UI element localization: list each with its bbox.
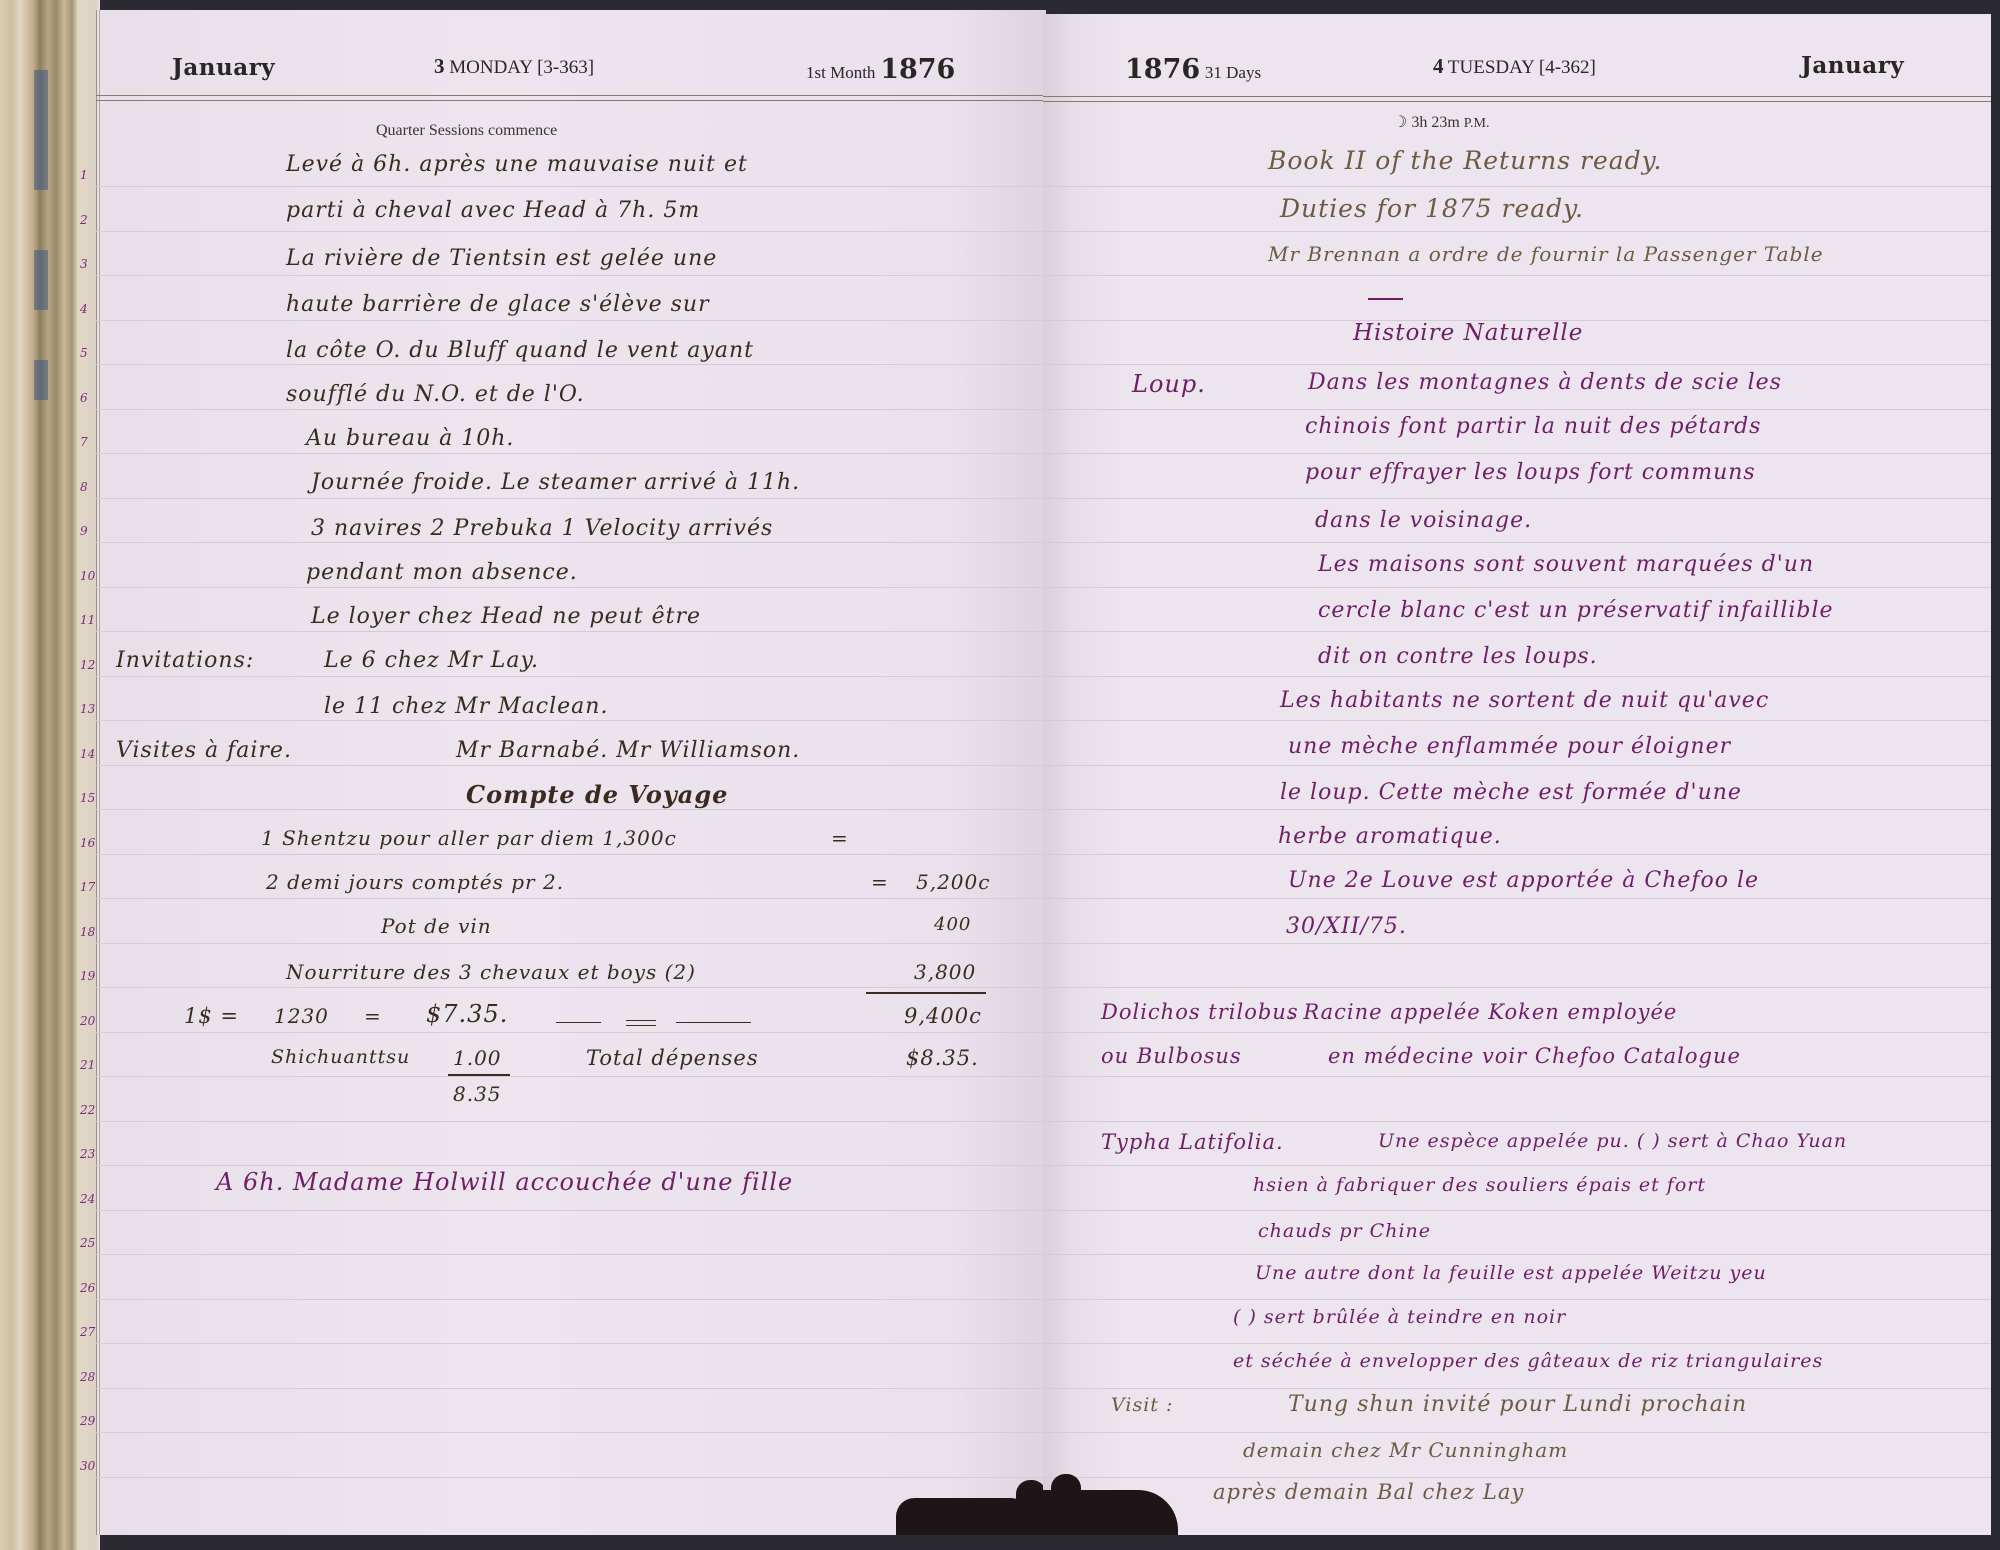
ruled-line <box>96 1121 1046 1122</box>
entry-line: Duties for 1875 ready. <box>1280 194 1584 223</box>
entry-line: La rivière de Tientsin est gelée une <box>286 246 717 271</box>
line-number: 20 <box>80 1014 95 1028</box>
loup-line: le loup. Cette mèche est formée d'une <box>1280 780 1742 805</box>
line-number: 29 <box>80 1414 95 1428</box>
ruled-line <box>1043 1343 1991 1344</box>
line-number: 17 <box>80 880 95 894</box>
day-heading: 3 MONDAY [3-363] <box>434 54 594 79</box>
line-number: 12 <box>80 658 95 672</box>
entry-line: Le loyer chez Head ne peut être <box>311 604 701 629</box>
ruled-line <box>96 275 1046 276</box>
ruled-line <box>96 898 1046 899</box>
sum-underline <box>866 992 986 994</box>
entry-line: Le 6 chez Mr Lay. <box>324 648 539 673</box>
month-label: January <box>1801 52 1904 79</box>
loup-line: 30/XII/75. <box>1286 914 1407 939</box>
line-number: 24 <box>80 1192 95 1206</box>
leader-dash <box>556 1022 601 1023</box>
month-year: 1st Month 1876 <box>806 54 955 85</box>
ruled-line <box>96 1299 1046 1300</box>
stain-mark <box>34 70 48 190</box>
ruled-line <box>1043 1432 1991 1433</box>
ruled-line <box>1043 453 1991 454</box>
margin-line <box>99 10 100 1535</box>
ruled-line <box>1043 231 1991 232</box>
loup-line: une mèche enflammée pour éloigner <box>1288 734 1731 759</box>
account-row-amount: 400 <box>934 914 971 935</box>
ruled-line <box>96 720 1046 721</box>
ruled-line <box>96 1254 1046 1255</box>
ink-stain <box>1051 1474 1081 1535</box>
ruled-line <box>1043 364 1991 365</box>
accounts-title: Compte de Voyage <box>466 780 728 809</box>
ruled-line <box>96 987 1046 988</box>
margin-line <box>96 10 97 1535</box>
typha-line: ( ) sert brûlée à teindre en noir <box>1233 1306 1566 1328</box>
exchange-rate: 1230 <box>274 1004 329 1028</box>
ruled-line <box>1043 498 1991 499</box>
extra-underline <box>448 1074 510 1076</box>
line-number: 16 <box>80 836 95 850</box>
line-number: 1 <box>80 168 88 182</box>
leader-dash <box>676 1022 751 1023</box>
moon-icon-time: ☽ 3h 23m <box>1393 114 1460 131</box>
line-number: 2 <box>80 213 88 227</box>
ruled-line <box>1043 275 1991 276</box>
typha-label: Typha Latifolia. <box>1101 1130 1284 1154</box>
day-heading: 4 TUESDAY [4-362] <box>1433 54 1596 79</box>
entry-line: haute barrière de glace s'élève sur <box>286 292 710 317</box>
line-number: 19 <box>80 969 95 983</box>
extra-value: 1.00 <box>453 1046 502 1070</box>
loup-label: Loup. <box>1132 370 1206 398</box>
ruled-line <box>96 854 1046 855</box>
ruled-line <box>1043 186 1991 187</box>
month-ordinal: 1st Month <box>806 63 875 82</box>
ruled-line <box>96 231 1046 232</box>
ruled-line <box>96 409 1046 410</box>
visit-label: Visit : <box>1111 1394 1173 1416</box>
ruled-line <box>1043 631 1991 632</box>
loup-line: pour effrayer les loups fort communs <box>1305 460 1756 485</box>
ruled-line <box>96 453 1046 454</box>
year: 1876 <box>1125 54 1200 85</box>
header-rule <box>1043 101 1991 102</box>
stain-mark <box>34 250 48 310</box>
ruled-line <box>1043 720 1991 721</box>
loup-line: dit on contre les loups. <box>1318 644 1598 669</box>
subheading: Quarter Sessions commence <box>376 122 557 140</box>
day-number: 4 <box>1433 54 1444 78</box>
line-number: 11 <box>80 613 95 627</box>
total-label: Total dépenses <box>586 1046 759 1070</box>
ruled-line <box>96 809 1046 810</box>
days-count: 31 Days <box>1205 63 1261 82</box>
entry-line: le 11 chez Mr Maclean. <box>324 694 608 719</box>
exchange-eq: = <box>364 1004 382 1028</box>
year-days: 1876 31 Days <box>1125 54 1261 85</box>
ruled-line <box>96 1477 1046 1478</box>
ruled-line <box>96 186 1046 187</box>
entry-line: 3 navires 2 Prebuka 1 Velocity arrivés <box>311 516 773 541</box>
line-number: 4 <box>80 302 88 316</box>
ruled-line <box>1043 943 1991 944</box>
typha-line: et séchée à envelopper des gâteaux de ri… <box>1233 1350 1823 1372</box>
entry-line: Journée froide. Le steamer arrivé à 11h. <box>311 470 800 495</box>
account-row-sign: = <box>871 870 889 894</box>
day-of-year: [4-362] <box>1539 57 1596 78</box>
ruled-line <box>1043 542 1991 543</box>
ruled-line <box>1043 676 1991 677</box>
line-number: 18 <box>80 925 95 939</box>
stain-mark <box>34 360 48 400</box>
visit-line: après demain Bal chez Lay <box>1213 1480 1524 1504</box>
year: 1876 <box>880 54 955 85</box>
ruled-line <box>1043 1210 1991 1211</box>
ruled-line <box>96 498 1046 499</box>
ruled-line <box>96 1388 1046 1389</box>
line-number: 22 <box>80 1103 95 1117</box>
left-page: January 3 MONDAY [3-363] 1st Month 1876 … <box>96 10 1046 1535</box>
ruled-line <box>1043 1254 1991 1255</box>
loup-line: herbe aromatique. <box>1278 824 1502 849</box>
separator-dash <box>1368 298 1403 300</box>
day-number: 3 <box>434 54 445 78</box>
ruled-line <box>1043 1032 1991 1033</box>
loup-line: Dans les montagnes à dents de scie les <box>1308 370 1782 395</box>
loup-line: cercle blanc c'est un préservatif infail… <box>1318 598 1834 623</box>
dolichos-line: . Racine appelée Koken employée <box>1288 1000 1677 1024</box>
entry-line: la côte O. du Bluff quand le vent ayant <box>286 338 754 363</box>
line-number: 15 <box>80 791 95 805</box>
day-of-year: [3-363] <box>537 57 594 78</box>
typha-line: Une espèce appelée pu. ( ) sert à Chao Y… <box>1378 1130 1847 1152</box>
typha-line: Une autre dont la feuille est appelée We… <box>1255 1262 1767 1284</box>
ruled-line <box>96 943 1046 944</box>
loup-line: Les maisons sont souvent marquées d'un <box>1318 552 1814 577</box>
line-number: 13 <box>80 702 95 716</box>
dolichos-label: Dolichos trilobus <box>1101 1000 1299 1024</box>
ruled-line <box>1043 1299 1991 1300</box>
ruled-line <box>96 364 1046 365</box>
ruled-line <box>1043 987 1991 988</box>
exchange-lhs: 1$ = <box>184 1004 239 1028</box>
dolichos-line: en médecine voir Chefoo Catalogue <box>1328 1044 1741 1068</box>
account-row-amount: 5,200c <box>916 870 990 894</box>
line-number: 28 <box>80 1370 95 1384</box>
exchange-dollars: $7.35. <box>426 1000 508 1028</box>
ruled-line <box>1043 409 1991 410</box>
ruled-line <box>96 1076 1046 1077</box>
loup-line: Une 2e Louve est apportée à Chefoo le <box>1288 868 1759 893</box>
account-row-label: Nourriture des 3 chevaux et boys (2) <box>286 960 696 984</box>
ruled-line <box>96 631 1046 632</box>
entry-line: Levé à 6h. après une mauvaise nuit et <box>286 152 748 177</box>
line-number: 27 <box>80 1325 95 1339</box>
entry-line: Mr Brennan a ordre de fournir la Passeng… <box>1268 242 1824 266</box>
ruled-line <box>96 587 1046 588</box>
moon-phase: ☽ 3h 23m P.M. <box>1393 112 1489 132</box>
ruled-line <box>1043 1477 1991 1478</box>
account-row-amount: 3,800 <box>914 960 976 984</box>
line-number: 23 <box>80 1147 95 1161</box>
ruled-line <box>1043 898 1991 899</box>
ruled-line <box>1043 854 1991 855</box>
header-rule <box>1043 96 1991 97</box>
ruled-line <box>96 1210 1046 1211</box>
ruled-line <box>1043 1165 1991 1166</box>
visit-line: Tung shun invité pour Lundi prochain <box>1288 1392 1747 1417</box>
time-suffix: P.M. <box>1464 116 1490 131</box>
ruled-line <box>96 1032 1046 1033</box>
extra-label: Shichuanttsu <box>271 1046 410 1068</box>
ink-stain <box>1016 1480 1046 1535</box>
ruled-line <box>1043 587 1991 588</box>
page-edges <box>0 0 100 1550</box>
entry-line: soufflé du N.O. et de l'O. <box>286 382 585 407</box>
ruled-line <box>1043 1076 1991 1077</box>
line-number: 10 <box>80 569 95 583</box>
total-cash: 9,400c <box>904 1004 982 1028</box>
line-number: 6 <box>80 391 88 405</box>
account-row-label: Pot de vin <box>381 914 492 938</box>
loup-line: Les habitants ne sortent de nuit qu'avec <box>1280 688 1769 713</box>
ruled-line <box>96 542 1046 543</box>
ruled-line <box>96 676 1046 677</box>
account-row-sign: = <box>831 826 849 850</box>
line-number: 5 <box>80 346 88 360</box>
leader-dash <box>626 1025 656 1026</box>
visit-line: demain chez Mr Cunningham <box>1243 1438 1568 1462</box>
ruled-line <box>1043 1388 1991 1389</box>
ruled-line <box>96 765 1046 766</box>
total-value: $8.35. <box>906 1046 979 1070</box>
ruled-line <box>1043 765 1991 766</box>
day-name: TUESDAY <box>1448 57 1534 78</box>
typha-line: chauds pr Chine <box>1258 1220 1431 1242</box>
ruled-line <box>1043 1121 1991 1122</box>
header-rule <box>96 95 1046 96</box>
line-number: 8 <box>80 480 88 494</box>
leader-dash <box>626 1020 656 1021</box>
visits-label: Visites à faire. <box>116 738 292 763</box>
entry-line: Au bureau à 10h. <box>306 426 514 451</box>
header-rule <box>96 100 1046 101</box>
ruled-line <box>96 1343 1046 1344</box>
entry-line: Book II of the Returns ready. <box>1268 146 1662 175</box>
month-label: January <box>172 54 275 81</box>
ruled-line <box>1043 809 1991 810</box>
right-page: 1876 31 Days 4 TUESDAY [4-362] January ☽… <box>1043 14 1991 1535</box>
dolichos-label: ou Bulbosus <box>1101 1044 1242 1068</box>
line-number: 14 <box>80 747 95 761</box>
line-number: 25 <box>80 1236 95 1250</box>
entry-line: parti à cheval avec Head à 7h. 5m <box>286 198 700 223</box>
account-row-label: 2 demi jours comptés pr 2. <box>266 870 564 894</box>
ruled-line <box>96 320 1046 321</box>
loup-line: chinois font partir la nuit des pétards <box>1305 414 1761 439</box>
day-name: MONDAY <box>449 57 532 78</box>
invitations-label: Invitations: <box>116 648 254 673</box>
section-title: Histoire Naturelle <box>1353 320 1583 346</box>
loup-line: dans le voisinage. <box>1315 508 1532 533</box>
line-number: 7 <box>80 435 88 449</box>
account-row-label: 1 Shentzu pour aller par diem 1,300c <box>261 826 677 850</box>
ruled-line <box>96 1432 1046 1433</box>
line-number: 3 <box>80 257 88 271</box>
ruled-line <box>96 1165 1046 1166</box>
entry-line: pendant mon absence. <box>306 560 578 585</box>
entry-line: Mr Barnabé. Mr Williamson. <box>456 738 800 763</box>
line-number: 21 <box>80 1058 95 1072</box>
extra-subtotal: 8.35 <box>453 1082 502 1106</box>
footnote-entry: A 6h. Madame Holwill accouchée d'une fil… <box>216 1168 793 1196</box>
line-number: 9 <box>80 524 88 538</box>
line-number: 30 <box>80 1459 95 1473</box>
line-number: 26 <box>80 1281 95 1295</box>
typha-line: hsien à fabriquer des souliers épais et … <box>1253 1174 1706 1196</box>
